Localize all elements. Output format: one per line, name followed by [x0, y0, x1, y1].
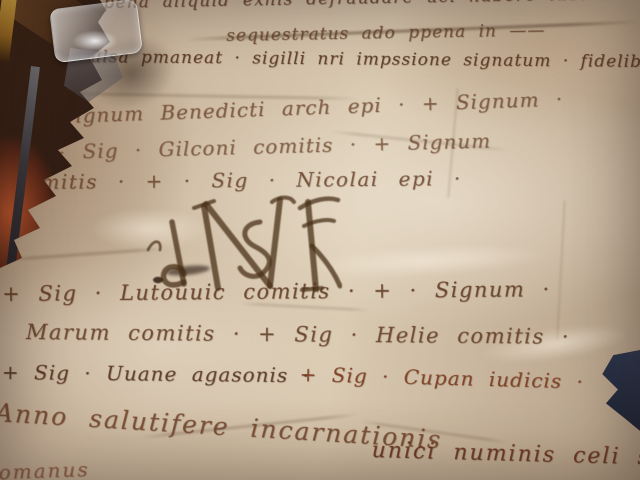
charter-text-line: Marum comitis · + Sig · Helie comitis ·	[26, 320, 570, 349]
plexiglass-clip	[44, 2, 154, 114]
charter-text-line: + Sig · Gilconi comitis · + Signum	[48, 128, 491, 164]
charter-text-line: unici numinis celi sa	[371, 438, 640, 471]
charter-text-line: + Sig · Uuane agasonis ·	[2, 360, 310, 387]
clip-glare-highlight	[72, 30, 118, 52]
charter-text-line: omanus	[0, 457, 90, 480]
charter-text-line: sequestratus ado ppena in ——	[226, 20, 545, 46]
parchment-crease	[556, 200, 565, 340]
royal-monogram	[142, 192, 342, 292]
charter-text-line: + Sig · Cupan iudicis ·	[299, 362, 584, 393]
charter-text-line: comitis · + · Sig · Nicolai epi ·	[14, 166, 462, 194]
framed-charter-photo: pena aliquid exhis defraudare uel habere…	[0, 0, 640, 480]
charter-text-line: pena aliquid exhis defraudare uel habere…	[103, 0, 640, 13]
